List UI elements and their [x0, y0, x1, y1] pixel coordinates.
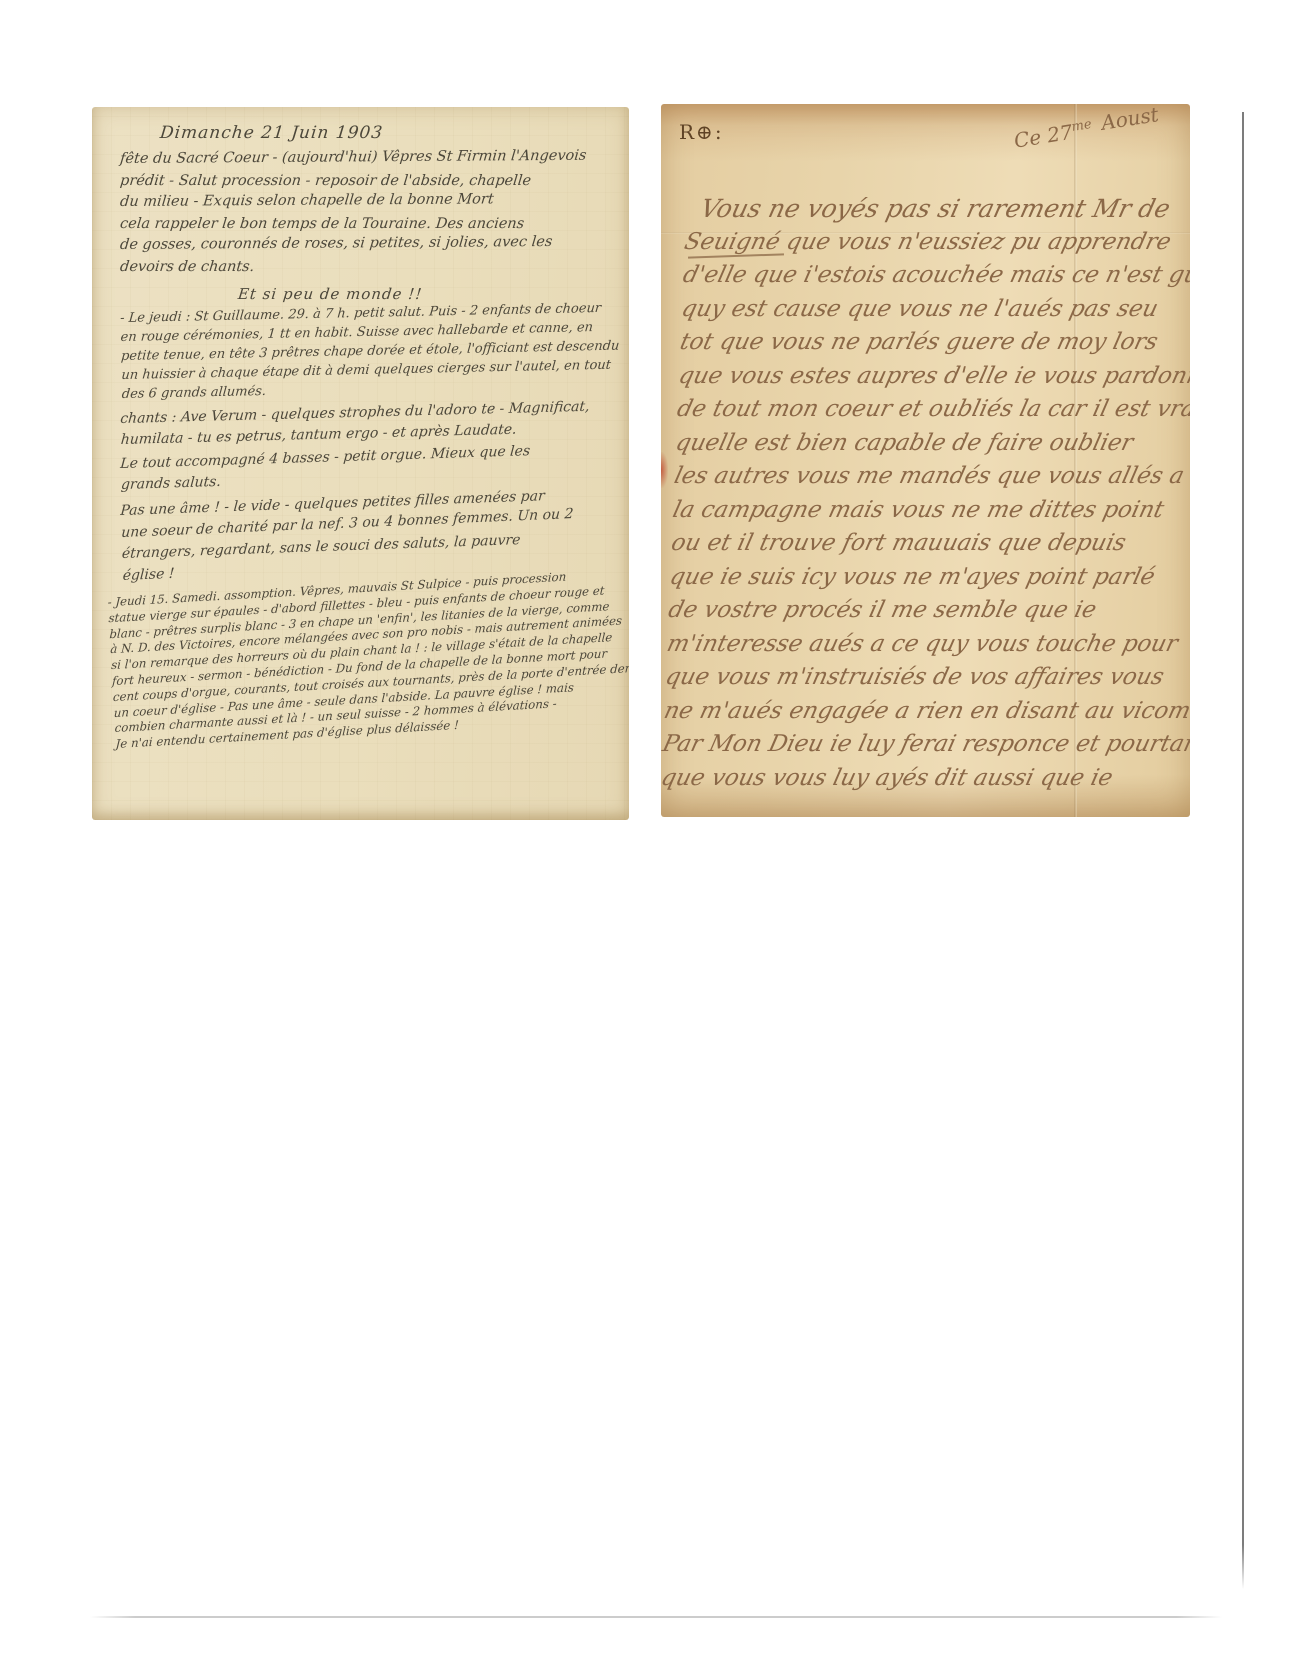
handwritten-line: que vous estes aupres d'elle ie vous par… [675, 360, 1190, 394]
right-manuscript-scan: R⊕: Ce 27meAoust Vous ne voyés pas si ra… [661, 104, 1190, 817]
horizontal-page-divider [90, 1616, 1222, 1618]
date-day: Ce 27 [1012, 120, 1074, 153]
handwritten-line: que ie suis icy vous ne m'ayes point par… [666, 561, 1190, 595]
handwritten-line: d'elle que i'estois acouchée mais ce n'e… [679, 259, 1190, 293]
handwritten-line: devoirs de chants. [119, 257, 620, 279]
handwritten-line: de tout mon coeur et oubliés la car il e… [674, 393, 1190, 427]
handwritten-line: quelle est bien capable de faire oublier [672, 427, 1190, 461]
handwritten-line: de vostre procés il me semble que ie [665, 594, 1190, 628]
left-manuscript-text: Dimanche 21 Juin 1903 fête du Sacré Coeu… [92, 107, 629, 753]
handwritten-line: tot que vous ne parlés guere de moy lors [676, 326, 1190, 360]
handwritten-line: ne m'aués engagée a rien en disant au vi… [661, 695, 1188, 729]
left-letter-paragraph-6: - Jeudi 15. Samedi. assomption. Vêpres, … [107, 563, 629, 753]
handwritten-line: Seuigné que vous n'eussiez pu apprendre [681, 226, 1190, 260]
handwritten-line: que vous vous luy ayés dit aussi que ie [661, 762, 1185, 796]
handwritten-line: fête du Sacré Coeur - (aujourd'hui) Vêpr… [119, 146, 620, 171]
handwritten-line: de gosses, couronnés de roses, si petite… [119, 232, 620, 257]
handwritten-line: ou et il trouve fort mauuais que depuis [668, 527, 1190, 561]
left-letter-paragraph-2: - Le jeudi : St Guillaume. 29. à 7 h. pe… [120, 299, 621, 404]
vertical-page-divider [1242, 112, 1244, 1589]
handwritten-line: Par Mon Dieu ie luy ferai responce et po… [661, 728, 1187, 762]
handwritten-line: que vous m'instruisiés de vos affaires v… [662, 661, 1190, 695]
right-manuscript-text: Vous ne voyés pas si rarement Mr de Seui… [661, 192, 1190, 795]
left-letter-paragraph-1: fête du Sacré Coeur - (aujourd'hui) Vêpr… [120, 149, 619, 278]
left-manuscript-scan: Dimanche 21 Juin 1903 fête du Sacré Coeu… [92, 107, 629, 820]
letter-date: Ce 27meAoust [1012, 104, 1190, 153]
handwritten-line: du milieu - Exquis selon chapelle de la … [119, 189, 620, 214]
red-ink-smudge [661, 452, 668, 488]
manuscript-date-heading: Dimanche 21 Juin 1903 [159, 121, 621, 145]
handwritten-line: les autres vous me mandés que vous allés… [671, 460, 1190, 494]
handwritten-line: la campagne mais vous ne me dittes point [669, 494, 1190, 528]
date-ordinal: me [1071, 117, 1093, 135]
handwritten-line: m'interesse aués a ce quy vous touche po… [663, 628, 1190, 662]
collection-mark: R⊕: [679, 120, 724, 144]
handwritten-line: Vous ne voyés pas si rarement Mr de [682, 192, 1190, 226]
handwritten-line: quy est cause que vous ne l'aués pas seu [678, 293, 1190, 327]
date-month: Aoust [1100, 104, 1161, 135]
